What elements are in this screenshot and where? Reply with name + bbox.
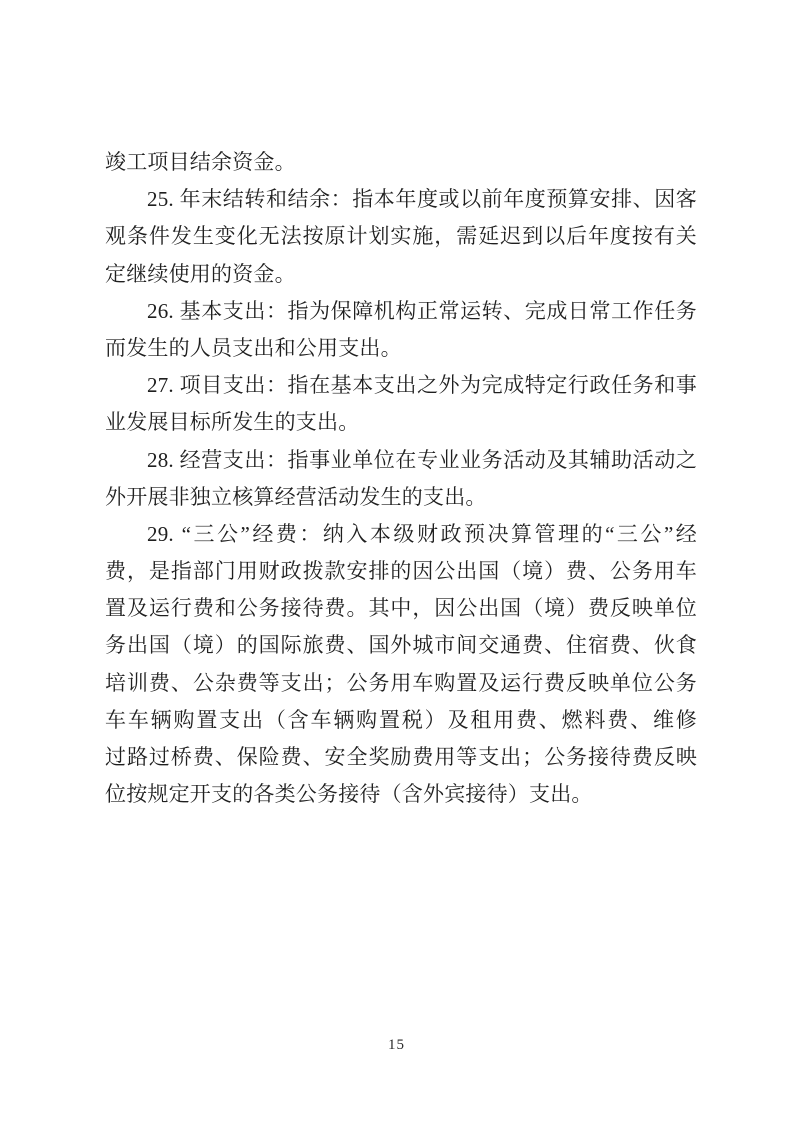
text-line: 观条件发生变化无法按原计划实施，需延迟到以后年度按有关规: [105, 218, 697, 255]
text-line: 过路过桥费、保险费、安全奖励费用等支出；公务接待费反映单: [105, 739, 697, 776]
text-line: 置及运行费和公务接待费。其中，因公出国（境）费反映单位公: [105, 590, 697, 627]
text-line: 外开展非独立核算经营活动发生的支出。: [105, 479, 697, 516]
text-line: 29. “三公”经费：纳入本级财政预决算管理的“三公”经: [105, 516, 697, 553]
text-line: 26. 基本支出：指为保障机构正常运转、完成日常工作任务: [105, 293, 697, 330]
document-page: 竣工项目结余资金。25. 年末结转和结余：指本年度或以前年度预算安排、因客观条件…: [0, 0, 793, 1122]
text-line: 业发展目标所发生的支出。: [105, 404, 697, 441]
text-line: 27. 项目支出：指在基本支出之外为完成特定行政任务和事: [105, 367, 697, 404]
text-line: 车车辆购置支出（含车辆购置税）及租用费、燃料费、维修费、: [105, 702, 697, 739]
text-line: 务出国（境）的国际旅费、国外城市间交通费、住宿费、伙食费、: [105, 627, 697, 664]
page-body-text: 竣工项目结余资金。25. 年末结转和结余：指本年度或以前年度预算安排、因客观条件…: [105, 144, 697, 813]
text-line: 28. 经营支出：指事业单位在专业业务活动及其辅助活动之: [105, 442, 697, 479]
text-line: 定继续使用的资金。: [105, 256, 697, 293]
text-line: 而发生的人员支出和公用支出。: [105, 330, 697, 367]
page-number: 15: [0, 1037, 793, 1054]
text-line: 竣工项目结余资金。: [105, 144, 697, 181]
text-line: 培训费、公杂费等支出；公务用车购置及运行费反映单位公务用: [105, 665, 697, 702]
text-line: 位按规定开支的各类公务接待（含外宾接待）支出。: [105, 776, 697, 813]
text-line: 25. 年末结转和结余：指本年度或以前年度预算安排、因客: [105, 181, 697, 218]
text-line: 费，是指部门用财政拨款安排的因公出国（境）费、公务用车购: [105, 553, 697, 590]
